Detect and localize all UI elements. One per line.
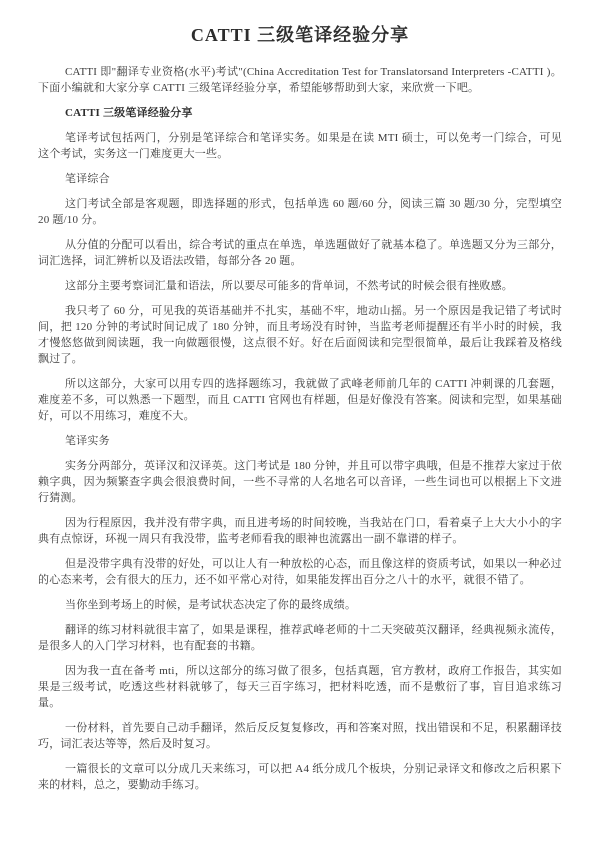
document-title: CATTI 三级笔译经验分享	[38, 22, 562, 48]
paragraph: 这门考试全部是客观题，即选择题的形式，包括单选 60 题/60 分，阅读三篇 3…	[38, 196, 562, 228]
paragraph: CATTI 即"翻译专业资格(水平)考试"(China Accreditatio…	[38, 64, 562, 96]
paragraph: 因为行程原因，我并没有带字典，而且进考场的时间较晚，当我站在门口，看着桌子上大大…	[38, 515, 562, 547]
paragraph: 一篇很长的文章可以分成几天来练习，可以把 A4 纸分成几个板块，分别记录译文和修…	[38, 761, 562, 793]
paragraph: 笔译综合	[38, 171, 562, 187]
section-heading: CATTI 三级笔译经验分享	[38, 105, 562, 121]
paragraph: 笔译实务	[38, 433, 562, 449]
paragraph: 翻译的练习材料就很丰富了，如果是课程，推荐武峰老师的十二天突破英汉翻译，经典视频…	[38, 622, 562, 654]
paragraph: 从分值的分配可以看出，综合考试的重点在单选，单选题做好了就基本稳了。单选题又分为…	[38, 237, 562, 269]
paragraph: 但是没带字典有没带的好处，可以让人有一种放松的心态，而且像这样的资质考试，如果以…	[38, 556, 562, 588]
document-page: CATTI 三级笔译经验分享 CATTI 即"翻译专业资格(水平)考试"(Chi…	[0, 0, 600, 849]
paragraph: 笔译考试包括两门，分别是笔译综合和笔译实务。如果是在读 MTI 硕士，可以免考一…	[38, 130, 562, 162]
paragraph: 所以这部分，大家可以用专四的选择题练习，我就做了武峰老师前几年的 CATTI 冲…	[38, 376, 562, 424]
paragraph: 实务分两部分，英译汉和汉译英。这门考试是 180 分钟，并且可以带字典哦，但是不…	[38, 458, 562, 506]
paragraph: 我只考了 60 分，可见我的英语基础并不扎实，基础不牢，地动山摇。另一个原因是我…	[38, 303, 562, 367]
paragraph: 当你坐到考场上的时候，是考试状态决定了你的最终成绩。	[38, 597, 562, 613]
paragraph: 因为我一直在备考 mti，所以这部分的练习做了很多，包括真题，官方教材，政府工作…	[38, 663, 562, 711]
paragraph: 这部分主要考察词汇量和语法，所以要尽可能多的背单词，不然考试的时候会很有挫败感。	[38, 278, 562, 294]
paragraph: 一份材料，首先要自己动手翻译，然后反反复复修改，再和答案对照，找出错误和不足，积…	[38, 720, 562, 752]
document-body: CATTI 即"翻译专业资格(水平)考试"(China Accreditatio…	[38, 64, 562, 793]
